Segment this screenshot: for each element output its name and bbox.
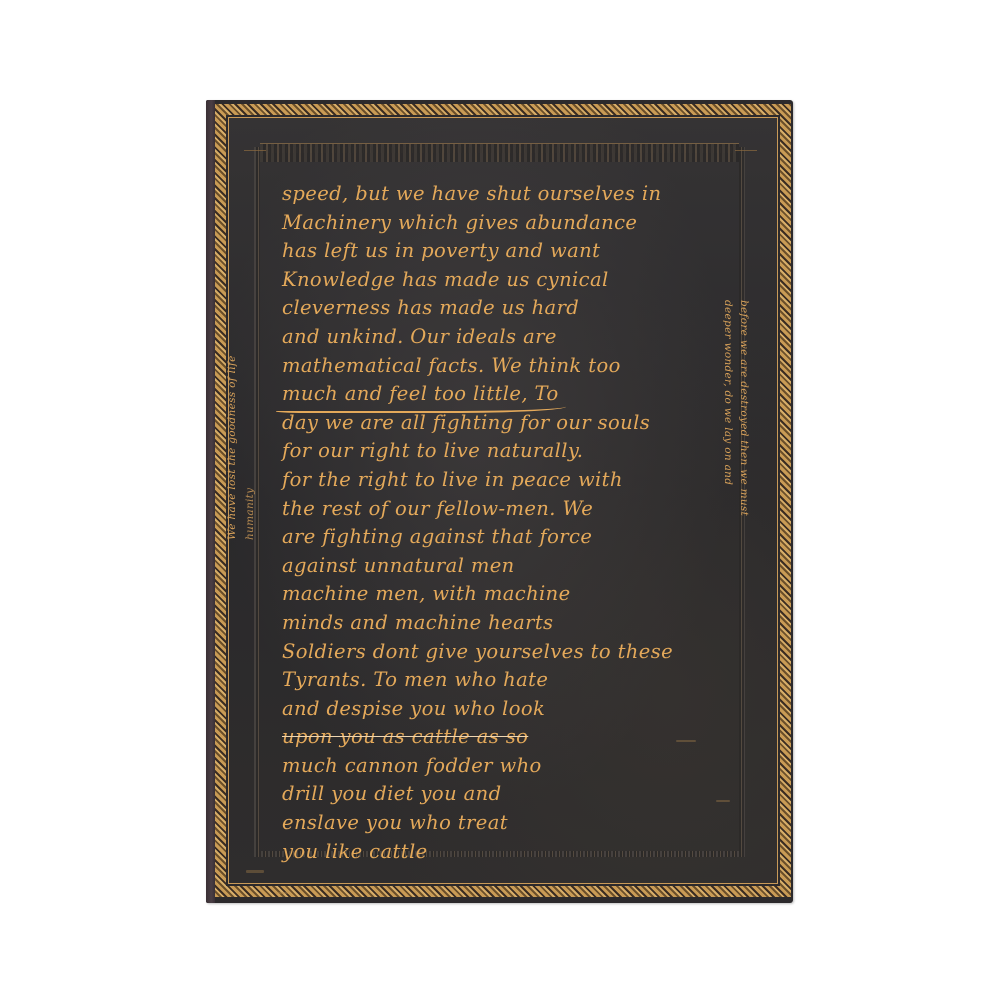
letter-line: and unkind. Our ideals are [282, 323, 737, 352]
letter-line: cleverness has made us hard [282, 294, 737, 323]
letter-line: speed, but we have shut ourselves in [282, 180, 737, 209]
letter-line: are fighting against that force [282, 523, 737, 552]
letter-line-struck: upon you as cattle as so [282, 723, 737, 752]
corner-ornament [244, 138, 266, 151]
letter-line: mathematical facts. We think too [282, 352, 737, 381]
letter-line-partially-struck: minds and machine hearts [282, 609, 737, 638]
gilt-wear-mark [246, 870, 264, 873]
letter-line: machine men, with machine [282, 580, 737, 609]
side-script-left-sub: humanity [244, 488, 256, 540]
letter-line: enslave you who treat [282, 809, 737, 838]
letter-line: drill you diet you and [282, 780, 737, 809]
letter-line: Machinery which gives abundance [282, 209, 737, 238]
letter-line: Knowledge has made us cynical [282, 266, 737, 295]
letter-line: the rest of our fellow-men. We [282, 495, 737, 524]
letter-line: day we are all fighting for our souls [282, 409, 737, 438]
gilt-wear-mark [276, 892, 288, 894]
letter-line: Tyrants. To men who hate [282, 666, 737, 695]
handwritten-letter: speed, but we have shut ourselves in Mac… [282, 180, 737, 866]
letter-line-partially-struck: and despise you who look [282, 695, 737, 724]
letter-line: Soldiers dont give yourselves to these [282, 638, 737, 667]
corner-ornament [735, 138, 757, 151]
letter-line: you like cattle [282, 838, 737, 867]
underline-flourish [276, 397, 566, 413]
product-photo-stage: speed, but we have shut ourselves in Mac… [0, 0, 1000, 1000]
letter-line-partially-struck: much cannon fodder who [282, 752, 737, 781]
letter-line: has left us in poverty and want [282, 237, 737, 266]
letter-line: for the right to live in peace with [282, 466, 737, 495]
cover-spine [206, 100, 215, 903]
notebook-cover: speed, but we have shut ourselves in Mac… [206, 100, 793, 903]
side-script-left: We have lost the goodness of life [226, 355, 238, 540]
side-script-right: before we are destroyed then we must [738, 300, 750, 516]
letter-line: against unnatural men [282, 552, 737, 581]
side-script-right-sub: deeper wonder, do we lay on and [722, 300, 734, 485]
letter-line: for our right to live naturally. [282, 437, 737, 466]
